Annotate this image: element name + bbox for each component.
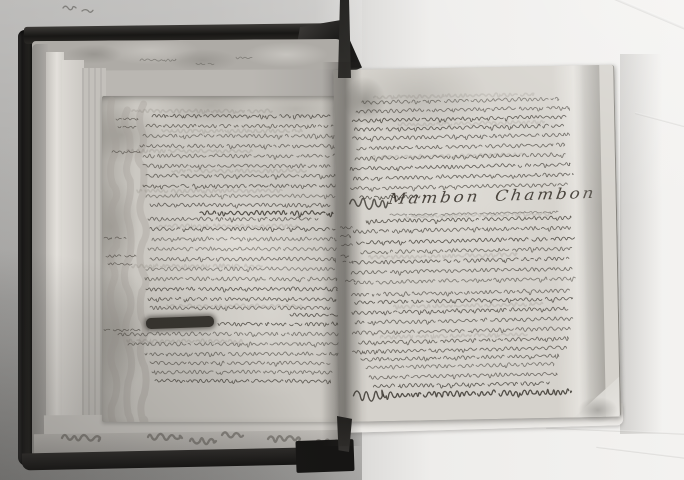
left-page xyxy=(102,96,344,422)
left-page-handwriting xyxy=(102,96,344,422)
gutter-shadow xyxy=(322,62,362,446)
page-corner-shadow xyxy=(578,397,618,424)
photo-scene: Mambon Chambon xyxy=(0,0,684,480)
right-page: Mambon Chambon xyxy=(333,65,621,422)
